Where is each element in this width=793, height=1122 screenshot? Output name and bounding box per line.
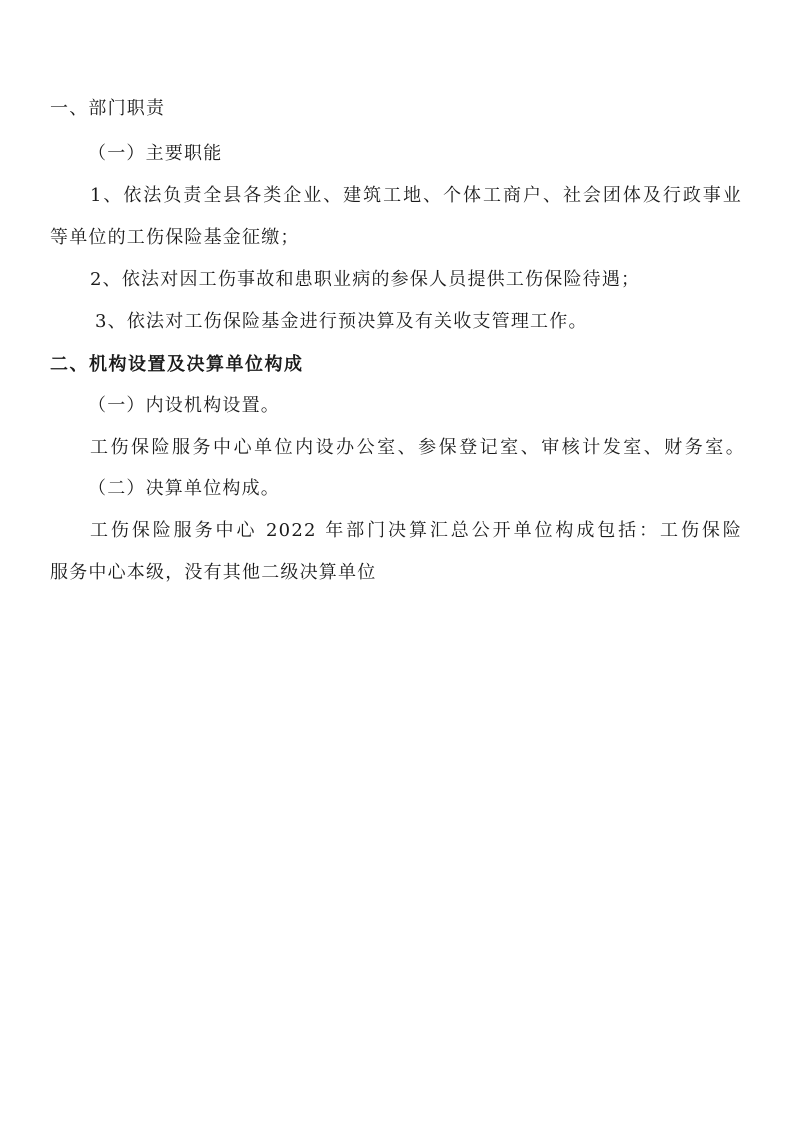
subsection-1-1-heading: （一）主要职能 [88,143,222,165]
subsection-2-2-heading: （二）决算单位构成。 [88,478,280,500]
section-1-heading: 一、部门职责 [50,98,165,120]
duty-item-1-line-1: 1、依法负责全县各类企业、建筑工地、个体工商户、社会团体及行政事业 [90,185,742,207]
document-page: 一、部门职责 （一）主要职能 1、依法负责全县各类企业、建筑工地、个体工商户、社… [0,0,793,1122]
subsection-2-2-body-line-1: 工伤保险服务中心 2022 年部门决算汇总公开单位构成包括：工伤保险 [90,520,742,542]
duty-item-1-line-2: 等单位的工伤保险基金征缴； [50,227,300,249]
section-2-heading: 二、机构设置及决算单位构成 [50,354,304,376]
duty-item-2: 2、依法对因工伤事故和患职业病的参保人员提供工伤保险待遇； [90,269,640,291]
duty-item-3: 3、依法对工伤保险基金进行预决算及有关收支管理工作。 [95,311,588,333]
subsection-2-1-body: 工伤保险服务中心单位内设办公室、参保登记室、审核计发室、财务室。 [90,437,745,459]
subsection-2-1-heading: （一）内设机构设置。 [88,395,280,417]
subsection-2-2-body-line-2: 服务中心本级，没有其他二级决算单位 [50,562,376,584]
